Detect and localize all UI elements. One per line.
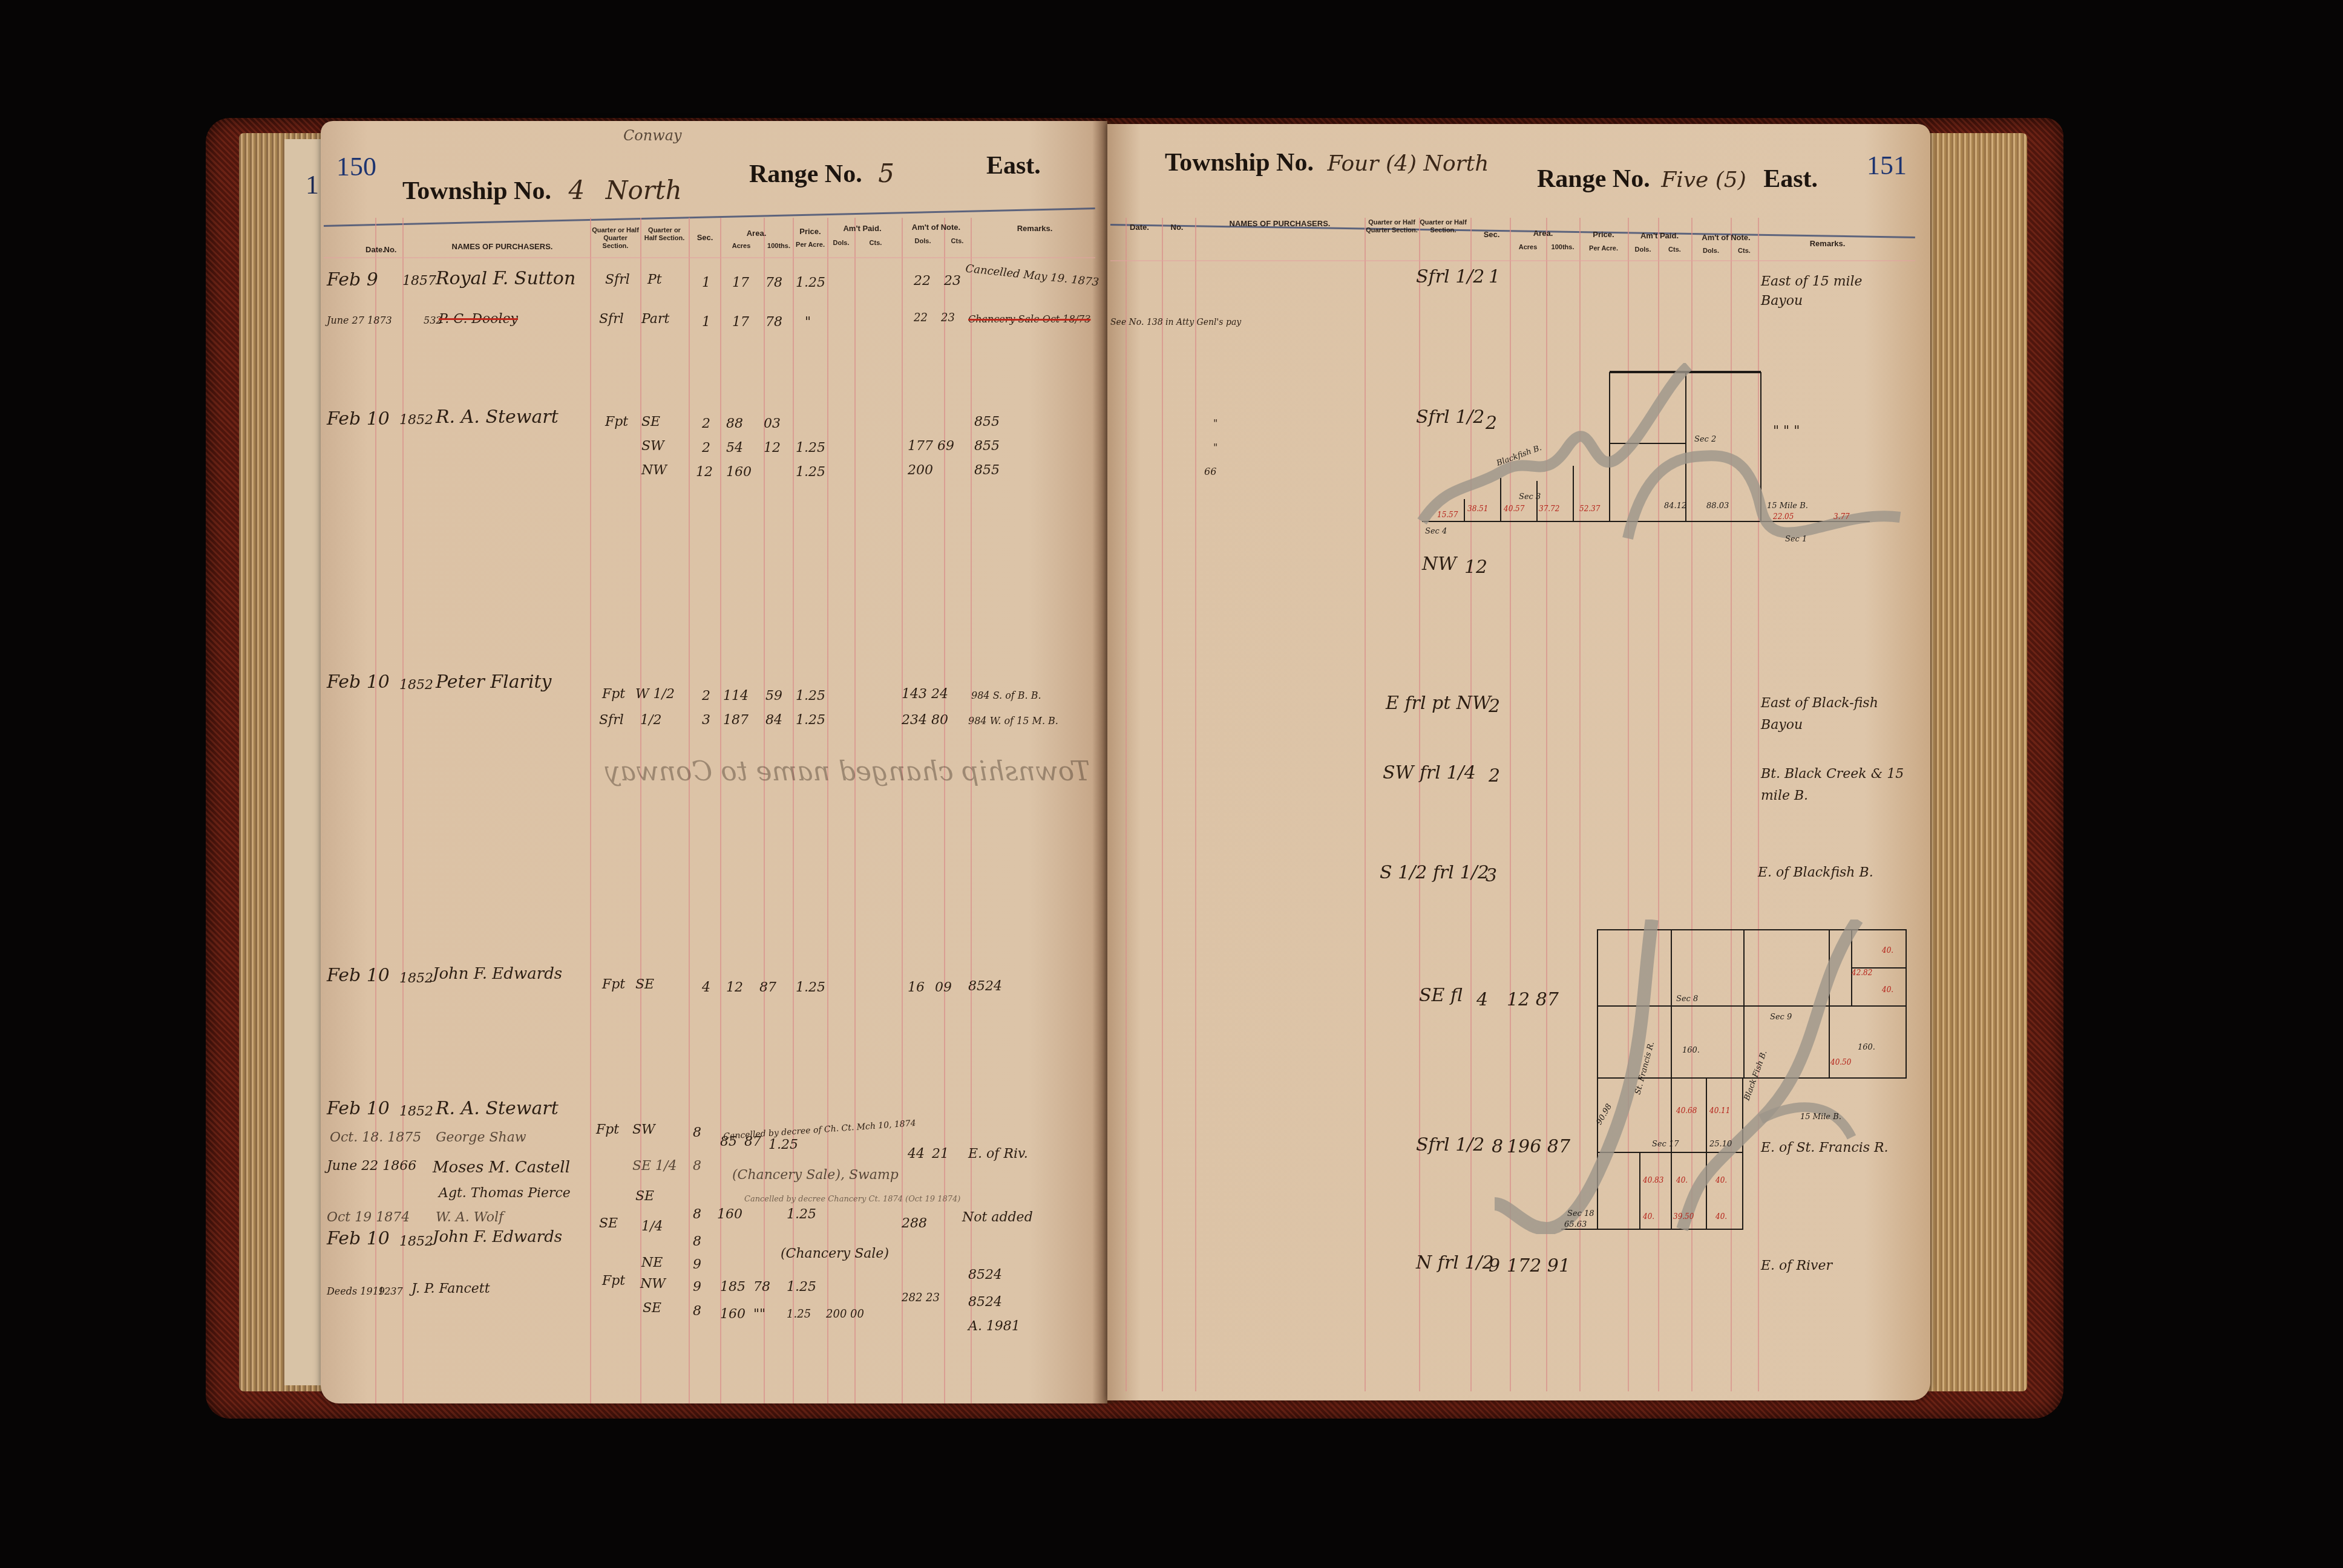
lot-acreage: 40. (1881, 985, 1893, 994)
note-amount: 177 69 (908, 439, 954, 454)
col-header-remarks: Remarks. (1791, 239, 1864, 248)
section: 9 (1489, 1255, 1500, 1276)
purchaser-name: W. A. Wolf (436, 1210, 503, 1225)
lot-acreage: 40.83 (1642, 1176, 1664, 1184)
col-sub-note-dols: Dols. (1691, 247, 1731, 256)
lot-acreage: 52.37 (1579, 505, 1601, 513)
acres: 160 (717, 1207, 742, 1222)
township-value: Four (4) North (1327, 151, 1489, 176)
lot-acreage: 22.05 (1772, 512, 1794, 521)
col-header-paid: Am't Paid. (829, 224, 896, 233)
lot-acreage: 15.57 (1437, 511, 1458, 519)
tract-description: E frl pt NW (1386, 693, 1491, 714)
note-dols: 288 (902, 1216, 927, 1231)
amount-paid: 200 00 (826, 1308, 864, 1321)
pencil-note: Conway (623, 127, 682, 144)
lot-acreage: 40. (1676, 1176, 1688, 1184)
purchaser-name: R. A. Stewart (436, 1098, 559, 1119)
agent-name: Agt. Thomas Pierce (439, 1186, 571, 1201)
entry-no: 1237 (378, 1285, 403, 1297)
map-label: 15 Mile B. (1767, 501, 1808, 511)
note-amount: 282 23 (902, 1292, 940, 1304)
section: 1 (1489, 266, 1500, 287)
entry-date: Feb 9 (327, 269, 378, 290)
price: 1.25 (796, 440, 825, 456)
map-label: Sec 3 (1519, 492, 1541, 501)
section: 9 (693, 1279, 701, 1295)
left-page-number: 150 (336, 151, 376, 182)
col-sub-per-acre: Per Acre. (793, 241, 828, 250)
purchaser-name: Royal F. Sutton (436, 268, 575, 289)
tract-description: Sfrl 1/2 (1416, 1134, 1484, 1155)
column-rule (1126, 218, 1127, 1391)
section: 9 (693, 1257, 701, 1272)
note-cts: 21 (932, 1146, 949, 1161)
hundredths: 84 (765, 713, 782, 728)
section: 2 (702, 440, 710, 456)
remarks: 8524 (968, 979, 1002, 994)
note-cts: 23 (944, 273, 961, 289)
purchaser-name: George Shaw (436, 1130, 526, 1145)
remarks: A. 1981 (968, 1319, 1020, 1334)
lot-acreage: 40. (1715, 1212, 1727, 1221)
quarter-section: Fpt (605, 414, 628, 430)
half-section: 1/2 (640, 713, 661, 728)
col-header-area: Area. (726, 229, 787, 238)
entry-date: Feb 10 (327, 965, 390, 986)
bleed-through-text: Township changed name to Conway (605, 756, 1090, 787)
lot-acreage: 40.68 (1676, 1106, 1697, 1115)
range-label: Range No. (1537, 165, 1650, 193)
col-header-note: Am't of Note. (902, 223, 971, 232)
remarks: Chancery Sale Oct 18/73 (968, 313, 1090, 325)
purchaser-name: John F. Edwards (433, 1228, 562, 1246)
column-rule (827, 218, 828, 1403)
section: 1 (702, 315, 710, 330)
right-page-number: 151 (1867, 150, 1907, 181)
margin-note: See No. 138 in Atty Genl's pay (1110, 318, 1241, 327)
entry-no: 1852 (399, 971, 433, 986)
entry-no: 1852 (399, 678, 433, 693)
section: 2 (702, 416, 710, 431)
tract-description: N frl 1/2 (1416, 1252, 1494, 1273)
acres: 54 (726, 440, 743, 456)
col-sub-cts: Cts. (854, 239, 897, 248)
col-sub-per-acre: Per Acre. (1581, 244, 1627, 253)
purchaser-name: J. P. Fancett (411, 1281, 490, 1296)
tract-description: SW frl 1/4 (1383, 762, 1476, 783)
acres: 88 (726, 416, 743, 431)
price: 1.25 (796, 713, 825, 728)
section: 8 (693, 1234, 701, 1249)
header-bottom-rule (1110, 260, 1915, 261)
acres: 17 (732, 275, 749, 290)
column-rule (1162, 218, 1163, 1391)
purchaser-name: P. C. Dooley (439, 312, 518, 327)
half-section: SW (641, 439, 664, 454)
col-header-sec: Sec. (1476, 230, 1507, 239)
left-title-range: Range No. 5 (749, 158, 894, 189)
entry-date: Feb 10 (327, 1098, 390, 1119)
tract-description: Sfrl 1/2 (1416, 266, 1484, 287)
col-header-names: NAMES OF PURCHASERS. (442, 242, 563, 251)
remarks: E. of Blackfish B. (1758, 865, 1873, 880)
quarter-section: Fpt (602, 977, 625, 992)
note-amount: 200 (908, 463, 933, 478)
col-sub-dols: Dols. (828, 239, 854, 248)
hundredths: 12 (764, 440, 781, 456)
red-annotation: Cancelled by decree Chancery Ct. 1874 (O… (744, 1195, 960, 1204)
note-dols: 22 (914, 273, 931, 289)
right-title-township: Township No. Four (4) North (1165, 148, 1489, 177)
map-label: Sec 17 (1652, 1140, 1679, 1149)
col-sub-note-cts: Cts. (1731, 247, 1758, 256)
entry-date: June 22 1866 (327, 1158, 416, 1174)
col-header-price: Price. (1581, 230, 1627, 239)
chancery-note: (Chancery Sale) (781, 1246, 889, 1261)
map-label: Sec 18 (1567, 1209, 1594, 1218)
half-section: NW (641, 463, 667, 478)
col-header-sec: Sec. (693, 233, 717, 242)
red-mark: 66 (1204, 466, 1216, 477)
lot-acreage: 65.63 (1564, 1220, 1587, 1229)
lot-acreage: 84.12 (1664, 501, 1686, 511)
header-bottom-rule (324, 257, 1095, 258)
remarks: 855 (974, 463, 1000, 478)
map-label: Black Fish B. (1742, 1050, 1769, 1103)
hundredths: 03 (764, 416, 781, 431)
section: 8 (693, 1304, 701, 1319)
lot-acreage: 160. (1682, 1046, 1700, 1055)
note-dols: 22 (914, 312, 928, 324)
section: 3 (702, 713, 710, 728)
section: 4 (1476, 989, 1488, 1010)
hundredths: 87 (759, 980, 776, 995)
purchaser-name: Moses M. Castell (433, 1158, 570, 1177)
map-label: Sec 2 (1694, 435, 1716, 444)
remarks: 8524 (968, 1295, 1002, 1310)
column-rule (854, 218, 856, 1403)
section: 3 (1486, 865, 1497, 886)
half-section: NW (640, 1276, 666, 1292)
lot-acreage: 3.77 (1833, 512, 1850, 521)
red-mark: " (1213, 417, 1217, 429)
col-header-quarter: Quarter or Half Quarter Section. (1365, 219, 1419, 235)
acres: 160 (726, 465, 752, 480)
column-rule (689, 218, 690, 1403)
column-rule (720, 218, 721, 1403)
col-header-half: Quarter or Half Section. (1419, 219, 1467, 235)
col-header-names: NAMES OF PURCHASERS. (1207, 219, 1352, 228)
half-section: SE (635, 1189, 654, 1204)
purchaser-name: R. A. Stewart (436, 407, 559, 428)
column-rule (375, 218, 376, 1403)
col-header-quarter: Quarter or Half Quarter Section. (592, 227, 639, 250)
price: 1.25 (796, 980, 825, 995)
lot-acreage: 37.72 (1539, 505, 1559, 513)
half-section: Pt (647, 272, 662, 287)
half-section: SE (635, 977, 654, 992)
price: 1.25 (787, 1279, 816, 1295)
column-rule (764, 218, 765, 1403)
column-rule (402, 218, 404, 1403)
map-label: 15 Mile B. (1800, 1112, 1841, 1122)
section: 2 (1489, 765, 1500, 786)
note-cts: 23 (941, 312, 955, 324)
tract-description: SE fl (1419, 985, 1463, 1006)
hundredths: 59 (765, 688, 782, 704)
lot-acreage: 40. (1642, 1212, 1654, 1221)
acres: 160 (720, 1307, 745, 1322)
entry-date: Feb 10 (327, 408, 390, 430)
range-label: Range No. (749, 160, 862, 188)
col-header-price: Price. (793, 227, 828, 236)
acres: 114 (723, 688, 749, 704)
remarks: East of Black-fish Bayou (1761, 693, 1906, 736)
column-rule (793, 218, 794, 1403)
col-sub-cts: Cts. (1658, 246, 1691, 255)
remarks: Bt. Black Creek & 15 mile B. (1761, 763, 1906, 807)
section: 1 (702, 275, 710, 290)
note-amount: 234 80 (902, 713, 948, 728)
price: 1.25 (787, 1308, 811, 1321)
section: 2 (702, 688, 710, 704)
col-header-no: No. (1162, 223, 1192, 232)
note-dols: 44 (908, 1146, 925, 1161)
half-section: SE 1/4 (632, 1158, 677, 1174)
remarks: 984 S. of B. B. (971, 690, 1041, 701)
col-sub-hundredths: 100ths. (764, 242, 794, 251)
lot-acreage: 88.03 (1706, 501, 1729, 511)
col-sub-note-dols: Dols. (902, 237, 944, 246)
right-title-range: Range No. Five (5) East. (1537, 165, 1818, 194)
price: 1.25 (796, 275, 825, 290)
col-sub-hundredths: 100ths. (1546, 243, 1579, 252)
lot-acreage: 40.50 (1830, 1058, 1852, 1067)
township-label: Township No. (402, 177, 551, 205)
lot-acreage: 40.11 (1709, 1106, 1730, 1115)
remarks: 984 W. of 15 M. B. (968, 715, 1058, 727)
quarter-section: Sfrl (599, 713, 624, 728)
section: 2 (1489, 696, 1500, 717)
quarter-section: Sfrl (599, 312, 624, 327)
col-header-date: Date. (1124, 223, 1155, 232)
map-label: Sec 9 (1770, 1013, 1792, 1022)
note-amount: 143 24 (902, 687, 948, 702)
entry-date: Feb 10 (327, 671, 390, 693)
section: 4 (702, 980, 710, 995)
entry-no: 1857 (402, 273, 436, 289)
section: 8 (693, 1125, 701, 1140)
acres: 185 (720, 1279, 745, 1295)
quarter-section: SE (599, 1216, 618, 1231)
section: 12 (1464, 557, 1487, 578)
left-title-township: Township No. 4 North (402, 175, 682, 206)
col-sub-note-cts: Cts. (944, 237, 971, 246)
half-section: SE (643, 1301, 661, 1316)
hundredths: 78 (765, 275, 782, 290)
township-value: 4 (568, 175, 585, 205)
lot-acreage: 38.51 (1467, 505, 1488, 513)
lot-acreage: 40.57 (1503, 505, 1525, 513)
entry-date: Feb 10 (327, 1228, 390, 1249)
note-cts: 09 (935, 980, 952, 995)
underlying-page-number: 1 (306, 169, 319, 200)
note-dols: 16 (908, 980, 925, 995)
remarks: E. of River (1761, 1258, 1832, 1273)
acres: 172 91 (1507, 1255, 1570, 1276)
column-rule (1365, 218, 1366, 1391)
lot-acreage: 40. (1881, 946, 1893, 955)
remarks: Not added (962, 1210, 1033, 1225)
left-title-east: East. (986, 151, 1041, 180)
acres: 12 (726, 980, 743, 995)
quarter-section: Sfrl (605, 272, 630, 287)
map-label: Sec 1 (1785, 535, 1807, 544)
price: 1.25 (796, 465, 825, 480)
acres: 17 (732, 315, 749, 330)
col-header-half: Quarter or Half Section. (641, 227, 687, 243)
col-sub-dols: Dols. (1628, 246, 1658, 255)
section: 8 (693, 1158, 701, 1174)
red-mark: " (1213, 442, 1217, 453)
acres: 187 (723, 713, 749, 728)
entry-date: Oct. 18. 1875 (330, 1130, 421, 1145)
entry-date: June 27 1873 (327, 315, 392, 326)
hundredths: 78 (753, 1279, 770, 1295)
half-section: SE (641, 414, 660, 430)
half-section: 1/4 (641, 1219, 663, 1234)
entry-date: Deeds 1919 (327, 1285, 385, 1297)
quarter-section: Fpt (602, 1273, 625, 1289)
page-edges-right (1924, 133, 2027, 1391)
survey-map-sections-8-17: Sec 8 Sec 9 Sec 17 Sec 18 St. Francis R.… (1495, 920, 1918, 1234)
remarks: East of 15 mile Bayou (1761, 272, 1900, 311)
remarks: 8524 (968, 1267, 1002, 1282)
lot-acreage: 39.50 (1673, 1212, 1694, 1221)
map-label: Sec 8 (1676, 995, 1698, 1004)
remarks: 855 (974, 439, 1000, 454)
col-sub-acres: Acres (1510, 243, 1546, 252)
lot-acreage: 42.82 (1851, 969, 1872, 977)
map-label: Sec 4 (1425, 527, 1447, 536)
survey-map-sections-1-4: Sec 4 Sec 3 Sec 2 Sec 1 Blackfish B. 15 … (1410, 363, 1906, 557)
half-section: NE (641, 1255, 663, 1270)
col-header-remarks: Remarks. (1004, 224, 1065, 233)
entry-date: Oct 19 1874 (327, 1210, 410, 1225)
chancery-note: (Chancery Sale), Swamp (732, 1168, 899, 1183)
column-rule (1195, 218, 1196, 1391)
half-section: SW (632, 1122, 655, 1137)
east-label: East. (1763, 165, 1818, 193)
half-section: Part (641, 312, 669, 327)
col-header-area: Area. (1513, 229, 1573, 238)
column-rule (971, 218, 972, 1403)
price: 1.25 (796, 688, 825, 704)
col-header-note: Am't of Note. (1694, 233, 1758, 242)
col-sub-acres: Acres (723, 242, 759, 251)
entry-no: 1852 (399, 1104, 433, 1119)
col-header-paid: Am't Paid. (1631, 231, 1688, 240)
col-header-no: No. (378, 245, 402, 254)
entry-no: 1852 (399, 1234, 433, 1249)
tract-description: S 1/2 frl 1/2 (1380, 862, 1489, 883)
purchaser-name: Peter Flarity (436, 671, 552, 693)
section: 12 (696, 465, 713, 480)
lot-acreage: 160. (1858, 1043, 1875, 1052)
range-value: 5 (878, 158, 894, 188)
price: " (805, 315, 811, 330)
column-rule (944, 218, 945, 1403)
section: 8 (693, 1207, 701, 1222)
township-label: Township No. (1165, 149, 1314, 177)
tract-description: NW (1422, 554, 1457, 575)
remarks: 855 (974, 414, 1000, 430)
price: 1.25 (768, 1137, 798, 1152)
lot-acreage: 40. (1715, 1176, 1727, 1184)
direction-value: North (606, 175, 682, 205)
quarter-section: Fpt (602, 687, 625, 702)
hundredths: 78 (765, 315, 782, 330)
lot-acreage: 25.10 (1709, 1140, 1732, 1149)
range-value: Five (5) (1661, 168, 1746, 192)
column-rule (590, 218, 591, 1403)
entry-no: 1852 (399, 413, 433, 428)
hundredths: "" (753, 1307, 765, 1322)
purchaser-name: John F. Edwards (433, 965, 562, 983)
half-section: W 1/2 (635, 687, 675, 702)
quarter-section: Fpt (596, 1122, 619, 1137)
remarks: E. of Riv. (968, 1146, 1028, 1161)
price: 1.25 (787, 1207, 816, 1222)
